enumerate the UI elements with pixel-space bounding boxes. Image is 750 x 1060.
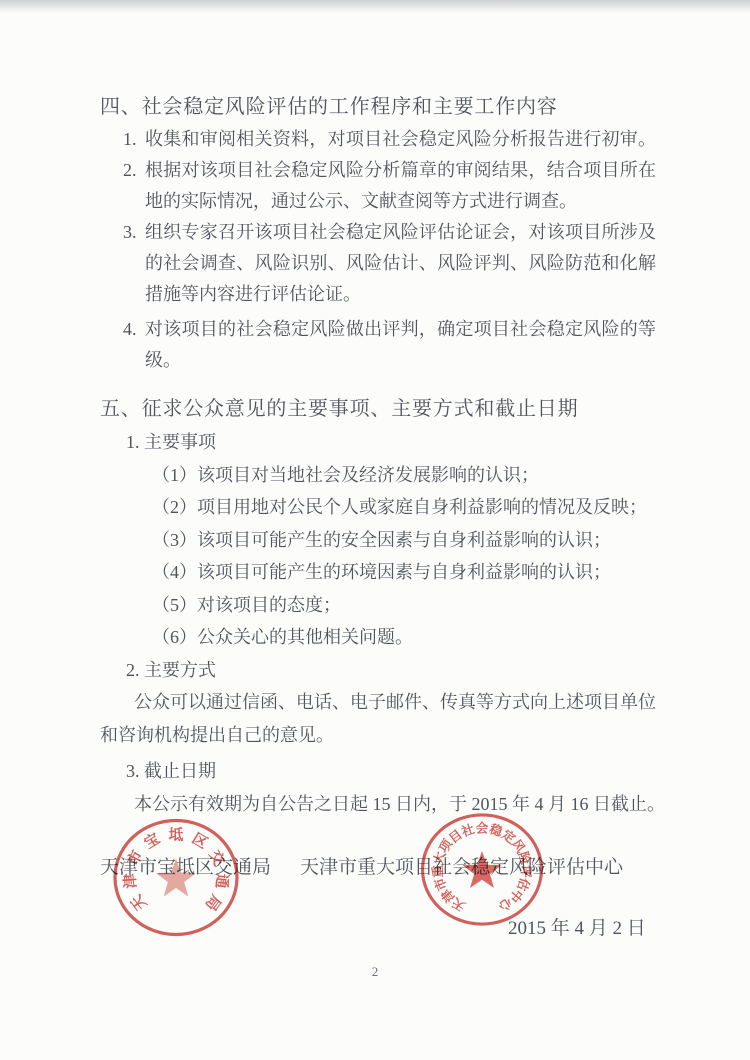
seal-character: 宝	[141, 829, 163, 852]
item-text: 对该项目的社会稳定风险做出评判，确定项目社会稳定风险的等 级。	[145, 314, 656, 376]
star-icon	[463, 851, 502, 888]
section-4: 四、社会稳定风险评估的工作程序和主要工作内容 1. 收集和审阅相关资料，对项目社…	[100, 90, 656, 376]
seal-character: 交	[206, 847, 229, 869]
seal-character: 津	[121, 872, 140, 889]
text-line: 措施等内容进行评估论证。	[145, 279, 656, 310]
section-5-heading: 五、征求公众意见的主要事项、主要方式和截止日期	[100, 392, 656, 426]
text-line: 级。	[145, 345, 656, 376]
document-page: 四、社会稳定风险评估的工作程序和主要工作内容 1. 收集和审阅相关资料，对项目社…	[0, 0, 750, 1060]
scan-edge-shadow	[0, 0, 750, 13]
text-line: 对该项目的社会稳定风险做出评判，确定项目社会稳定风险的等	[145, 314, 656, 345]
numbered-item-3: 3. 组织专家召开该项目社会稳定风险评估论证会，对该项目所涉及 的社会调查、风险…	[100, 217, 656, 310]
text-line: 的社会调查、风险识别、风险估计、风险评判、风险防范和化解	[145, 248, 656, 279]
subheading-main-methods: 2. 主要方式	[126, 654, 656, 687]
text-line: 收集和审阅相关资料，对项目社会稳定风险分析报告进行初审。	[145, 124, 656, 155]
official-seal-right: 天津市重大项目社会稳定风险评估中心	[416, 811, 548, 933]
item-number: 4.	[123, 314, 145, 376]
item-text: 组织专家召开该项目社会稳定风险评估论证会，对该项目所涉及 的社会调查、风险识别、…	[145, 217, 656, 310]
item-number: 1.	[123, 124, 145, 155]
sub-point-3: （3）该项目可能产生的安全因素与自身利益影响的认识；	[152, 524, 656, 557]
item-number: 3.	[123, 217, 145, 310]
item-text: 收集和审阅相关资料，对项目社会稳定风险分析报告进行初审。	[145, 124, 656, 155]
section-5-body: 1. 主要事项 （1）该项目对当地社会及经济发展影响的认识； （2）项目用地对公…	[100, 426, 656, 820]
sub-point-5: （5）对该项目的态度；	[152, 589, 656, 622]
sub-point-6: （6）公众关心的其他相关问题。	[152, 621, 656, 654]
text-line: 地的实际情况，通过公示、文献查阅等方式进行调查。	[145, 186, 656, 217]
subheading-main-matters: 1. 主要事项	[126, 426, 656, 459]
section-4-heading: 四、社会稳定风险评估的工作程序和主要工作内容	[100, 90, 656, 124]
section-5: 五、征求公众意见的主要事项、主要方式和截止日期 1. 主要事项 （1）该项目对当…	[100, 392, 656, 820]
item-text: 根据对该项目社会稳定风险分析篇章的审阅结果，结合项目所在 地的实际情况，通过公示…	[145, 155, 656, 217]
numbered-item-4: 4. 对该项目的社会稳定风险做出评判，确定项目社会稳定风险的等 级。	[100, 314, 656, 376]
seal-character: 坻	[168, 826, 183, 844]
numbered-item-2: 2. 根据对该项目社会稳定风险分析篇章的审阅结果，结合项目所在 地的实际情况，通…	[100, 155, 656, 217]
seal-character: 天	[128, 891, 151, 913]
page-number: 2	[0, 964, 750, 980]
seal-character: 市	[124, 847, 147, 869]
numbered-item-1: 1. 收集和审阅相关资料，对项目社会稳定风险分析报告进行初审。	[100, 124, 656, 155]
text-line: 组织专家召开该项目社会稳定风险评估论证会，对该项目所涉及	[145, 217, 656, 248]
sub-point-2: （2）项目用地对公民个人或家庭自身利益影响的情况及反映；	[152, 491, 656, 524]
official-seal-left-image: 天津市宝坻区交通局	[111, 817, 241, 938]
document-body: 四、社会稳定风险评估的工作程序和主要工作内容 1. 收集和审阅相关资料，对项目社…	[100, 90, 656, 820]
official-seal-left: 天津市宝坻区交通局	[111, 817, 241, 943]
seal-character: 局	[202, 891, 225, 913]
paragraph-line: 和咨询机构提出自己的意见。	[100, 719, 656, 752]
sub-point-4: （4）该项目可能产生的环境因素与自身利益影响的认识；	[152, 556, 656, 589]
item-number: 2.	[123, 155, 145, 217]
paragraph-line: 公众可以通过信函、电话、电子邮件、传真等方式向上述项目单位	[100, 686, 656, 719]
star-icon	[156, 859, 196, 897]
seal-character: 会	[476, 821, 489, 836]
seal-character: 区	[189, 830, 211, 852]
subheading-deadline: 3. 截止日期	[126, 755, 656, 788]
sub-point-1: （1）该项目对当地社会及经济发展影响的认识；	[152, 459, 656, 492]
official-seal-right-image: 天津市重大项目社会稳定风险评估中心	[416, 811, 548, 928]
seal-character: 通	[212, 873, 231, 889]
deadline-sentence: 本公示有效期为自公告之日起 15 日内，于 2015 年 4 月 16 日截止。	[100, 788, 656, 821]
text-line: 根据对该项目社会稳定风险分析篇章的审阅结果，结合项目所在	[145, 155, 656, 186]
